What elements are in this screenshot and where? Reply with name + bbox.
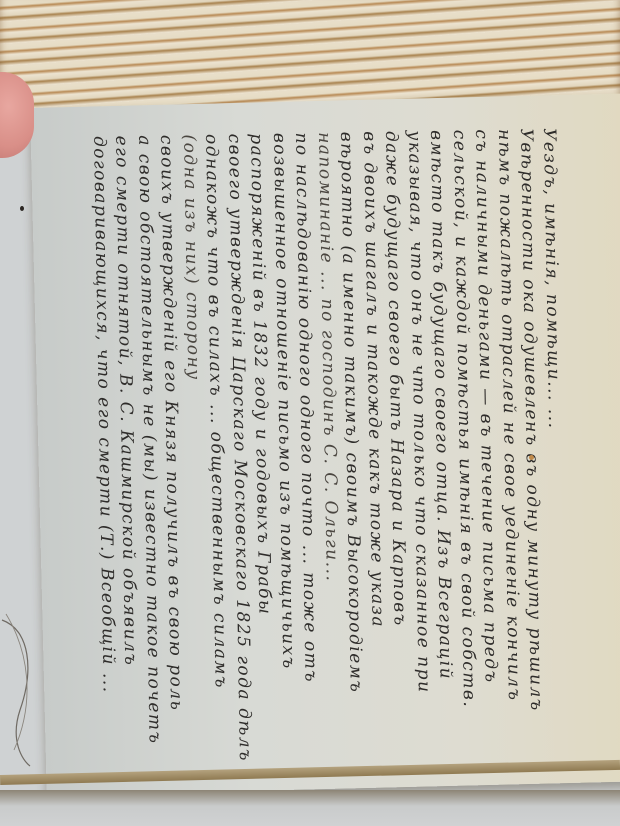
handwritten-text-block: Уездъ, имѣнія, помѣщи... ... Увѣренности… (88, 128, 572, 816)
pencil-flourish-mark (0, 610, 40, 770)
paper-stain (529, 455, 534, 460)
ink-dot-mark (20, 206, 24, 211)
